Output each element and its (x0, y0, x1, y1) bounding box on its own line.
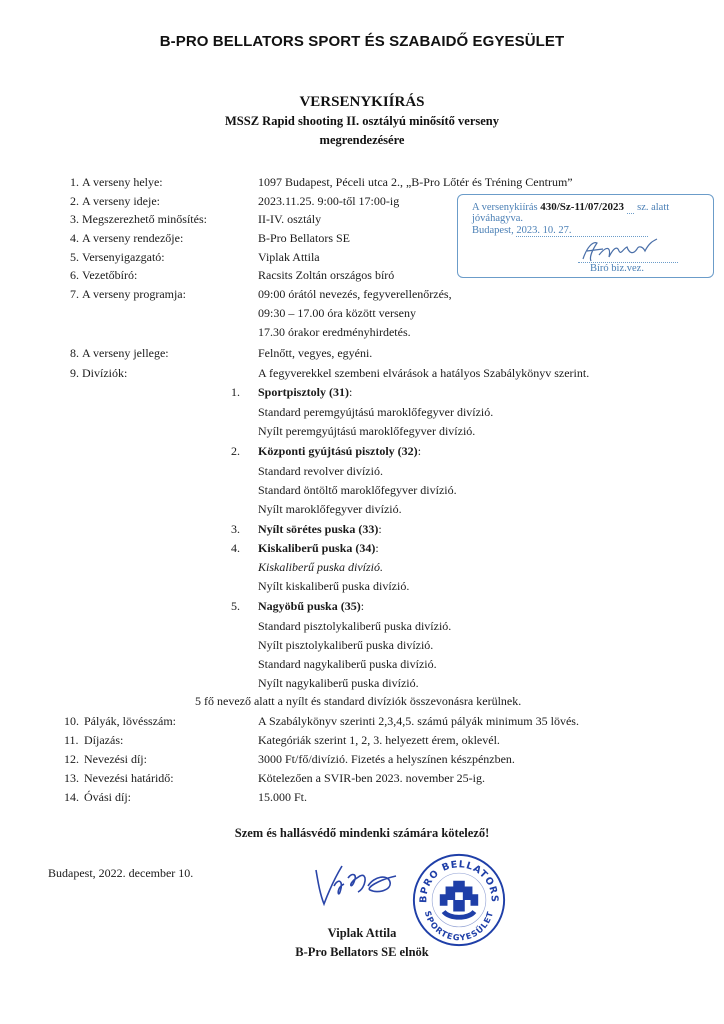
approval-stamp: A versenykiírás 430/Sz-11/07/2023 sz. al… (457, 194, 714, 278)
organization-title: B-PRO BELLATORS SPORT ÉS SZABAIDŐ EGYESÜ… (0, 33, 724, 50)
judge-signature-icon (573, 237, 663, 265)
safety-notice: Szem és hallásvédő mindenki számára köte… (0, 826, 724, 841)
merge-note: 5 fő nevező alatt a nyílt és standard di… (195, 694, 521, 708)
signer-title: B-Pro Bellators SE elnök (0, 945, 724, 960)
signer-name: Viplak Attila (0, 926, 724, 941)
document-subtitle-2: megrendezésére (0, 133, 724, 148)
document-title: VERSENYKIÍRÁS (0, 94, 724, 111)
president-signature-icon (308, 858, 403, 908)
place-date: Budapest, 2022. december 10. (48, 866, 193, 881)
approval-number: 430/Sz-11/07/2023 (540, 201, 624, 213)
document-subtitle-1: MSSZ Rapid shooting II. osztályú minősít… (0, 114, 724, 129)
